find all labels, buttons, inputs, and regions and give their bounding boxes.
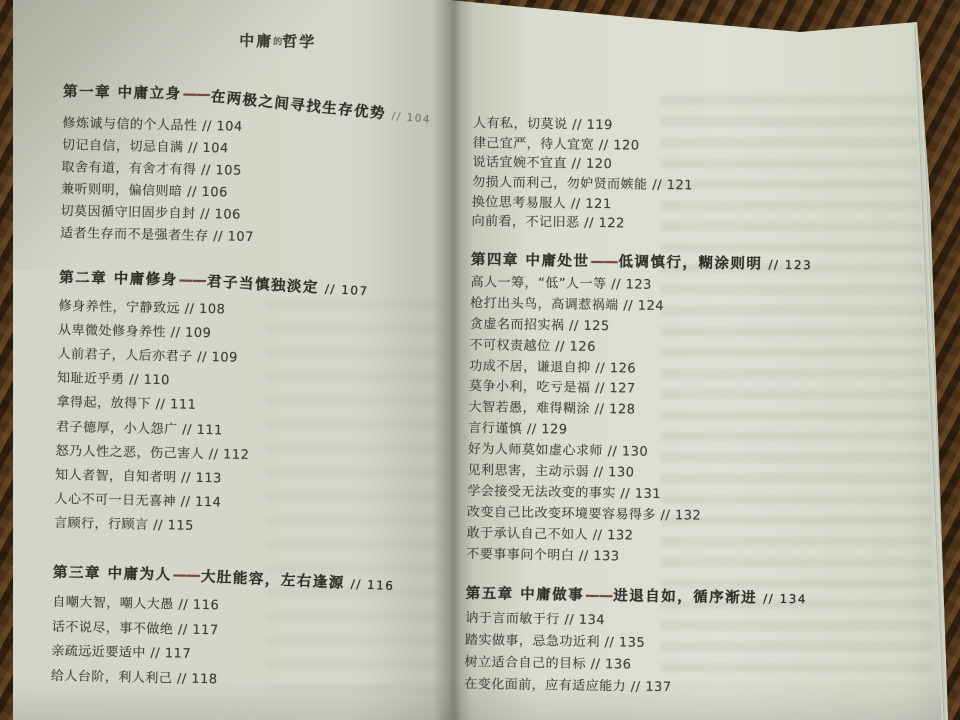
toc-item-text: 枪打出头鸟，高调惹祸端 // 124 [470,292,664,314]
chapter3-label: 第三章 中庸为人 [53,565,172,583]
toc-item-text: 修身养性，宁静致远 // 108 [58,295,225,317]
toc-item-text: 律己宜严，待人宜宽 // 120 [473,132,640,154]
chapter3-items: 自嘲大智，嘲人大愚 // 116话不说尽，事不做绝 // 117亲疏远近要适中 … [51,588,220,691]
toc-item-text: 言顾行，行顾言 // 115 [54,512,194,534]
chapter4-page-number: // 123 [768,258,812,273]
toc-item-text: 人有私，切莫说 // 119 [473,112,613,133]
toc-item-text: 修炼诚与信的个人品性 // 104 [62,111,243,134]
toc-item-text: 切莫因循守旧固步自封 // 106 [60,199,241,222]
toc-item-text: 学会接受无法改变的事实 // 131 [467,480,661,502]
chapter5-items: 讷于言而敏于行 // 134踏实做事，忌急功近利 // 135树立适合自己的目标… [464,606,673,696]
chapter3-subtitle: 大肚能容，左右逢源 [200,569,345,592]
toc-item: 向前看，不记旧恶 // 122 [471,210,692,233]
toc-item-text: 从卑微处修身养性 // 109 [58,319,212,341]
toc-item-text: 言行谨慎 // 129 [468,417,568,438]
chapter3-page-number: // 116 [350,577,394,593]
toc-item-text: 树立适合自己的目标 // 136 [464,651,631,673]
chapter1-items: 修炼诚与信的个人品性 // 104切记自信，切忌自满 // 104取舍有道，有舍… [60,110,257,246]
book-spread: 中庸的哲学 第一章 中庸立身——在两极之间寻找生存优势// 104 修炼诚与信的… [13,0,960,720]
toc-item-text: 在变化面前，应有适应能力 // 137 [464,673,672,695]
toc-item-text: 贪虚名而招实祸 // 125 [470,313,610,334]
toc-item: 树立适合自己的目标 // 136 [464,650,672,675]
em-dash: —— [590,254,617,270]
toc-item-text: 功成不居，谦退自抑 // 126 [469,354,636,376]
toc-item: 自嘲大智，嘲人大愚 // 116 [52,588,219,616]
chapter4-subtitle: 低调慎行，糊涂则明 [618,254,762,272]
toc-item: 给人台阶，利人利己 // 118 [51,662,218,690]
toc-item: 适者生存而不是强者生存 // 107 [60,220,254,246]
toc-item: 不要事事问个明白 // 133 [466,542,701,567]
toc-item-text: 适者生存而不是强者生存 // 107 [60,221,254,244]
chapter2-subtitle: 君子当慎独淡定 [206,274,319,296]
toc-item-text: 改变自己比改变环境要容易得多 // 132 [467,501,702,524]
toc-item-text: 切记自信，切忌自满 // 104 [62,133,229,155]
toc-item: 亲疏远近要适中 // 117 [51,637,218,665]
em-dash: —— [172,567,199,584]
running-header-part2: 的 [273,37,282,47]
chapter2-items: 修身养性，宁静致远 // 108从卑微处修身养性 // 109人前君子，人后亦君… [54,292,253,538]
em-dash: —— [585,588,612,604]
toc-item-text: 人心不可一日无喜神 // 114 [54,488,221,510]
toc-item-text: 敢于承认自己不如人 // 132 [467,522,634,544]
chapter4-items: 高人一筹，“低”人一等 // 123枪打出头鸟，高调惹祸端 // 124贪虚名而… [466,270,705,566]
chapter5-heading: 第五章 中庸做事——进退自如，循序渐进// 134 [466,582,808,608]
chapter5-label: 第五章 中庸做事 [466,586,585,604]
em-dash: —— [182,86,209,103]
toc-item-text: 换位思考易服人 // 121 [472,191,612,212]
right-page: 人有私，切莫说 // 119律己宜严，待人宜宽 // 120说话宜婉不宜直 //… [475,0,955,8]
toc-item-text: 大智若愚，难得糊涂 // 128 [468,396,635,418]
toc-item-text: 怒乃人性之恶，伤己害人 // 112 [55,440,249,463]
running-header: 中庸的哲学 [239,30,316,53]
toc-item-text: 见利思害，主动示弱 // 130 [467,459,634,481]
running-header-part1: 中庸 [239,32,273,51]
toc-item: 言顾行，行顾言 // 115 [54,510,248,538]
toc-item-text: 讷于言而敏于行 // 134 [465,607,605,628]
toc-item-text: 自嘲大智，嘲人大愚 // 116 [52,591,219,613]
toc-item-text: 取舍有道，有舍才有得 // 105 [61,155,242,178]
toc-item-text: 兼听则明，偏信则暗 // 106 [61,177,228,199]
toc-item-text: 踏实做事，忌急功近利 // 135 [465,629,646,651]
chapter1-page-number: // 104 [391,110,431,126]
toc-item-text: 不要事事问个明白 // 133 [466,542,620,563]
toc-item-text: 知耻近乎勇 // 110 [57,367,170,388]
chapter2-heading: 第二章 中庸修身——君子当慎独淡定// 107 [59,266,369,293]
book-photo: 中庸的哲学 第一章 中庸立身——在两极之间寻找生存优势// 104 修炼诚与信的… [0,0,960,720]
toc-item-text: 拿得起，放得下 // 111 [56,391,196,413]
chapter3-continued-items: 人有私，切莫说 // 119律己宜严，待人宜宽 // 120说话宜婉不宜直 //… [471,112,694,233]
chapter2-label: 第二章 中庸修身 [59,270,178,288]
show-through-text-left [265,300,440,700]
chapter4-label: 第四章 中庸处世 [471,252,590,270]
toc-item: 在变化面前，应有适应能力 // 137 [464,671,672,696]
chapter5-page-number: // 134 [763,592,807,607]
toc-item-text: 话不说尽，事不做绝 // 117 [52,616,219,638]
chapter2-page-number: // 107 [324,282,369,298]
toc-item-text: 说话宜婉不宜直 // 120 [472,151,612,172]
toc-item: 踏实做事，忌急功近利 // 135 [465,628,673,653]
toc-item-text: 知人者智，自知者明 // 113 [55,464,222,486]
chapter1-label: 第一章 中庸立身 [63,84,182,102]
toc-item: 话不说尽，事不做绝 // 117 [52,613,219,641]
toc-item: 讷于言而敏于行 // 134 [465,606,673,631]
running-header-part3: 哲学 [282,33,316,52]
toc-item-text: 高人一筹，“低”人一等 // 123 [470,271,652,293]
toc-item-text: 给人台阶，利人利己 // 118 [51,665,218,687]
toc-item-text: 人前君子，人后亦君子 // 109 [57,343,238,366]
toc-item-text: 不可权责越位 // 126 [469,334,596,355]
chapter5-subtitle: 进退自如，循序渐进 [613,588,757,606]
toc-item-text: 君子德厚，小人怨广 // 111 [56,415,223,437]
em-dash: —— [179,272,206,289]
toc-item-text: 莫争小利，吃亏是福 // 127 [469,375,636,397]
toc-item-text: 向前看，不记旧恶 // 122 [471,210,625,231]
toc-item-text: 好为人师莫如虚心求师 // 130 [468,438,649,460]
toc-item-text: 亲疏远近要适中 // 117 [51,640,191,662]
